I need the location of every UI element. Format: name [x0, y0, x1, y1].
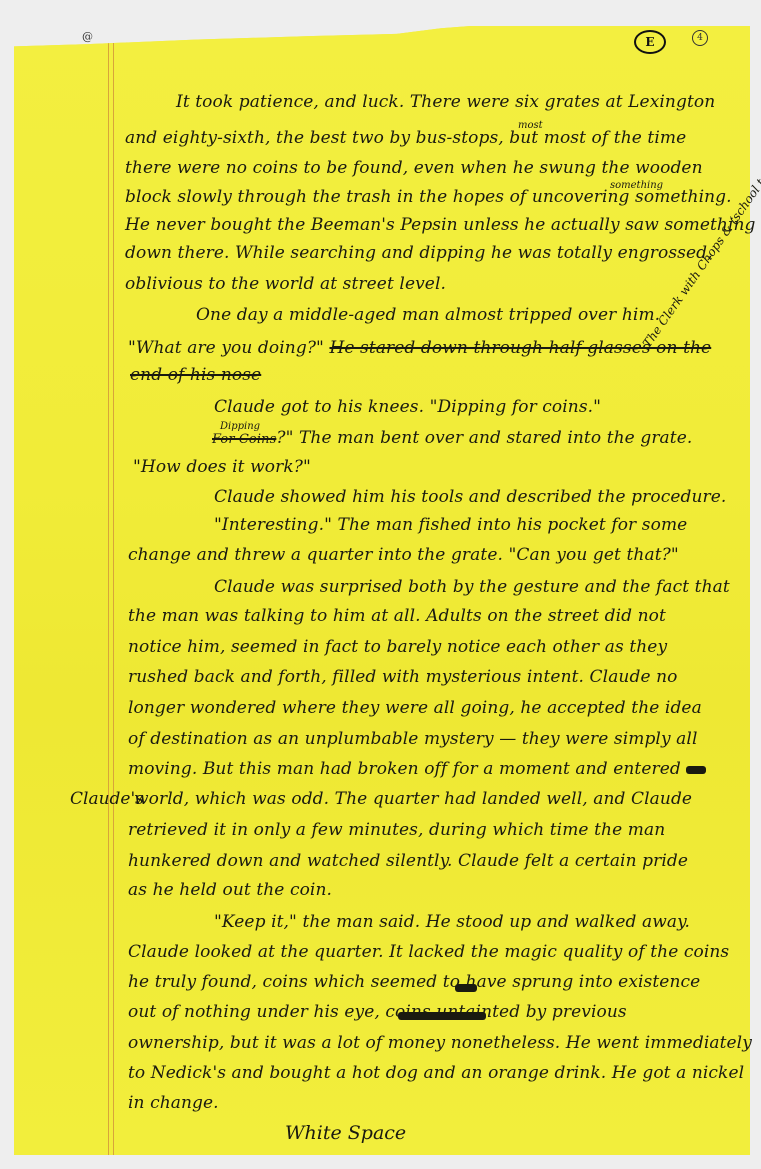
text-line: world, which was odd. The quarter had la…: [134, 789, 692, 809]
sentence: he truly found, coins which seemed to ha…: [128, 972, 700, 992]
text-line: he truly found, coins which seemed to ha…: [128, 972, 700, 992]
text-line: change and threw a quarter into the grat…: [128, 545, 679, 565]
text-line: Claude got to his knees. "Dipping for co…: [214, 397, 601, 417]
text-line: "How does it work?": [133, 457, 311, 477]
text-line: moving. But this man had broken off for …: [128, 759, 706, 779]
margin-line: [108, 26, 109, 1155]
circled-annotation: E: [634, 30, 666, 54]
text-line: and eighty-sixth, the best two by bus-st…: [125, 128, 686, 148]
text-line: ownership, but it was a lot of money non…: [128, 1033, 752, 1053]
text-line: as he held out the coin.: [128, 880, 332, 900]
text-line: Claude showed him his tools and describe…: [214, 487, 726, 507]
corner-mark: @: [82, 30, 93, 43]
text-line: "What are you doing?" He stared down thr…: [128, 338, 711, 358]
circled-letter: E: [645, 35, 654, 49]
text-line: rushed back and forth, filled with myste…: [128, 667, 678, 687]
struck-text: end of his nose: [130, 365, 261, 385]
scribbled-out-word: [455, 984, 477, 992]
text-line: down there. While searching and dipping …: [125, 243, 713, 263]
text-line: One day a middle-aged man almost tripped…: [196, 305, 660, 325]
text-line: notice him, seemed in fact to barely not…: [128, 637, 667, 657]
text-line: block slowly through the trash in the ho…: [125, 187, 732, 207]
page-number: 4: [692, 30, 708, 46]
text-line: retrieved it in only a few minutes, duri…: [128, 820, 665, 840]
page-number-value: 4: [697, 33, 703, 43]
footer-note: White Space: [285, 1122, 406, 1144]
text-line: of destination as an unplumbable mystery…: [128, 729, 698, 749]
text-line: in change.: [128, 1093, 219, 1113]
scribbled-out-word: [398, 1012, 486, 1020]
text-line: end of his nose: [130, 365, 261, 385]
dialogue: "What are you doing?": [128, 338, 324, 358]
text-line: It took patience, and luck. There were s…: [176, 92, 715, 112]
text-line: there were no coins to be found, even wh…: [125, 158, 703, 178]
text-line: oblivious to the world at street level.: [125, 274, 446, 294]
text-line: For Coins?" The man bent over and stared…: [212, 428, 692, 448]
struck-text: For Coins: [212, 432, 276, 447]
text-line: out of nothing under his eye, coins unta…: [128, 1002, 627, 1022]
sentence: moving. But this man had broken off for …: [128, 759, 681, 779]
dialogue: ?" The man bent over and stared into the…: [276, 428, 692, 448]
text-line: "Interesting." The man fished into his p…: [214, 515, 687, 535]
text-line: He never bought the Beeman's Pepsin unle…: [125, 215, 756, 235]
scribbled-out-word: [686, 766, 706, 774]
text-line: hunkered down and watched silently. Clau…: [128, 851, 688, 871]
text-line: "Keep it," the man said. He stood up and…: [214, 912, 690, 932]
text-line: longer wondered where they were all goin…: [128, 698, 702, 718]
text-line: to Nedick's and bought a hot dog and an …: [128, 1063, 744, 1083]
margin-note-left: Claude's: [70, 789, 144, 809]
text-line: the man was talking to him at all. Adult…: [128, 606, 666, 626]
margin-line: [113, 26, 114, 1155]
text-line: Claude was surprised both by the gesture…: [214, 577, 730, 597]
text-line: Claude looked at the quarter. It lacked …: [128, 942, 729, 962]
